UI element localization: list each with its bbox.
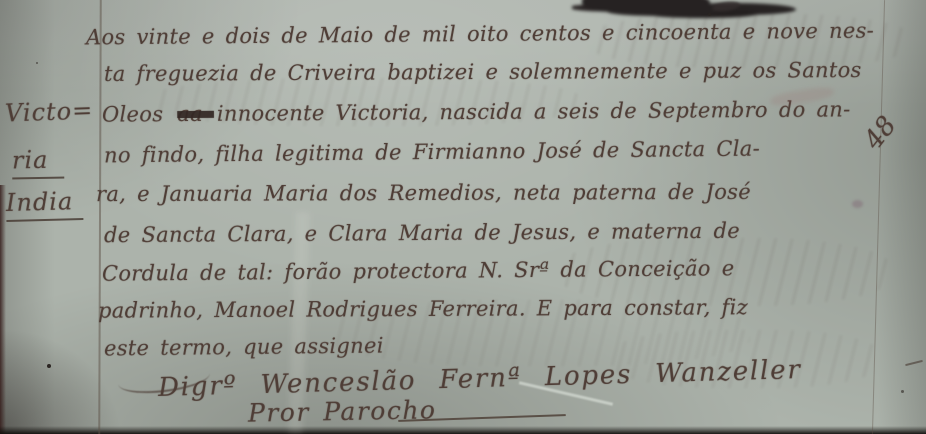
record-line-3: Oleos aa innocente Victoria, nascida a s…: [102, 97, 851, 126]
margin-note-india: India: [6, 187, 84, 222]
crossed-out-word: aa: [177, 102, 214, 126]
ink-speck: [36, 62, 38, 64]
ink-blot-small: [712, 0, 741, 13]
page-bottom-edge-shadow: [0, 426, 926, 434]
stray-pen-mark: [905, 360, 923, 366]
ink-speck: [708, 13, 711, 16]
record-line-3-after: innocente Victoria, nascida a seis de Se…: [217, 97, 851, 125]
margin-note-name-part1: Victo=: [5, 96, 94, 127]
record-line-5: ra, e Januaria Maria dos Remedios, neta …: [96, 180, 751, 206]
record-line-8: padrinho, Manoel Rodrigues Ferreira. E p…: [98, 295, 748, 322]
ink-speck: [901, 390, 904, 393]
manuscript-page: Victo= ria India 48 Aos vinte e dois de …: [0, 0, 926, 434]
priest-title-signature: Pror Parocho: [248, 395, 437, 427]
purple-stain: [852, 200, 863, 208]
record-line-4: no findo, filha legitima de Firmianno Jo…: [104, 137, 760, 168]
margin-note-name-part2: ria: [12, 146, 65, 180]
ink-blot: [582, 0, 710, 14]
record-line-9: este termo, que assignei: [104, 334, 384, 361]
entry-number: 48: [859, 111, 903, 156]
page-left-edge-shadow: [0, 185, 6, 434]
ink-speck: [47, 364, 51, 368]
left-margin-rule-line: [98, 0, 101, 434]
record-line-3-before: Oleos: [102, 102, 174, 127]
record-line-6: de Sancta Clara, e Clara Maria de Jesus,…: [104, 219, 740, 247]
record-line-2: ta freguezia de Criveira baptizei e sole…: [104, 58, 862, 86]
